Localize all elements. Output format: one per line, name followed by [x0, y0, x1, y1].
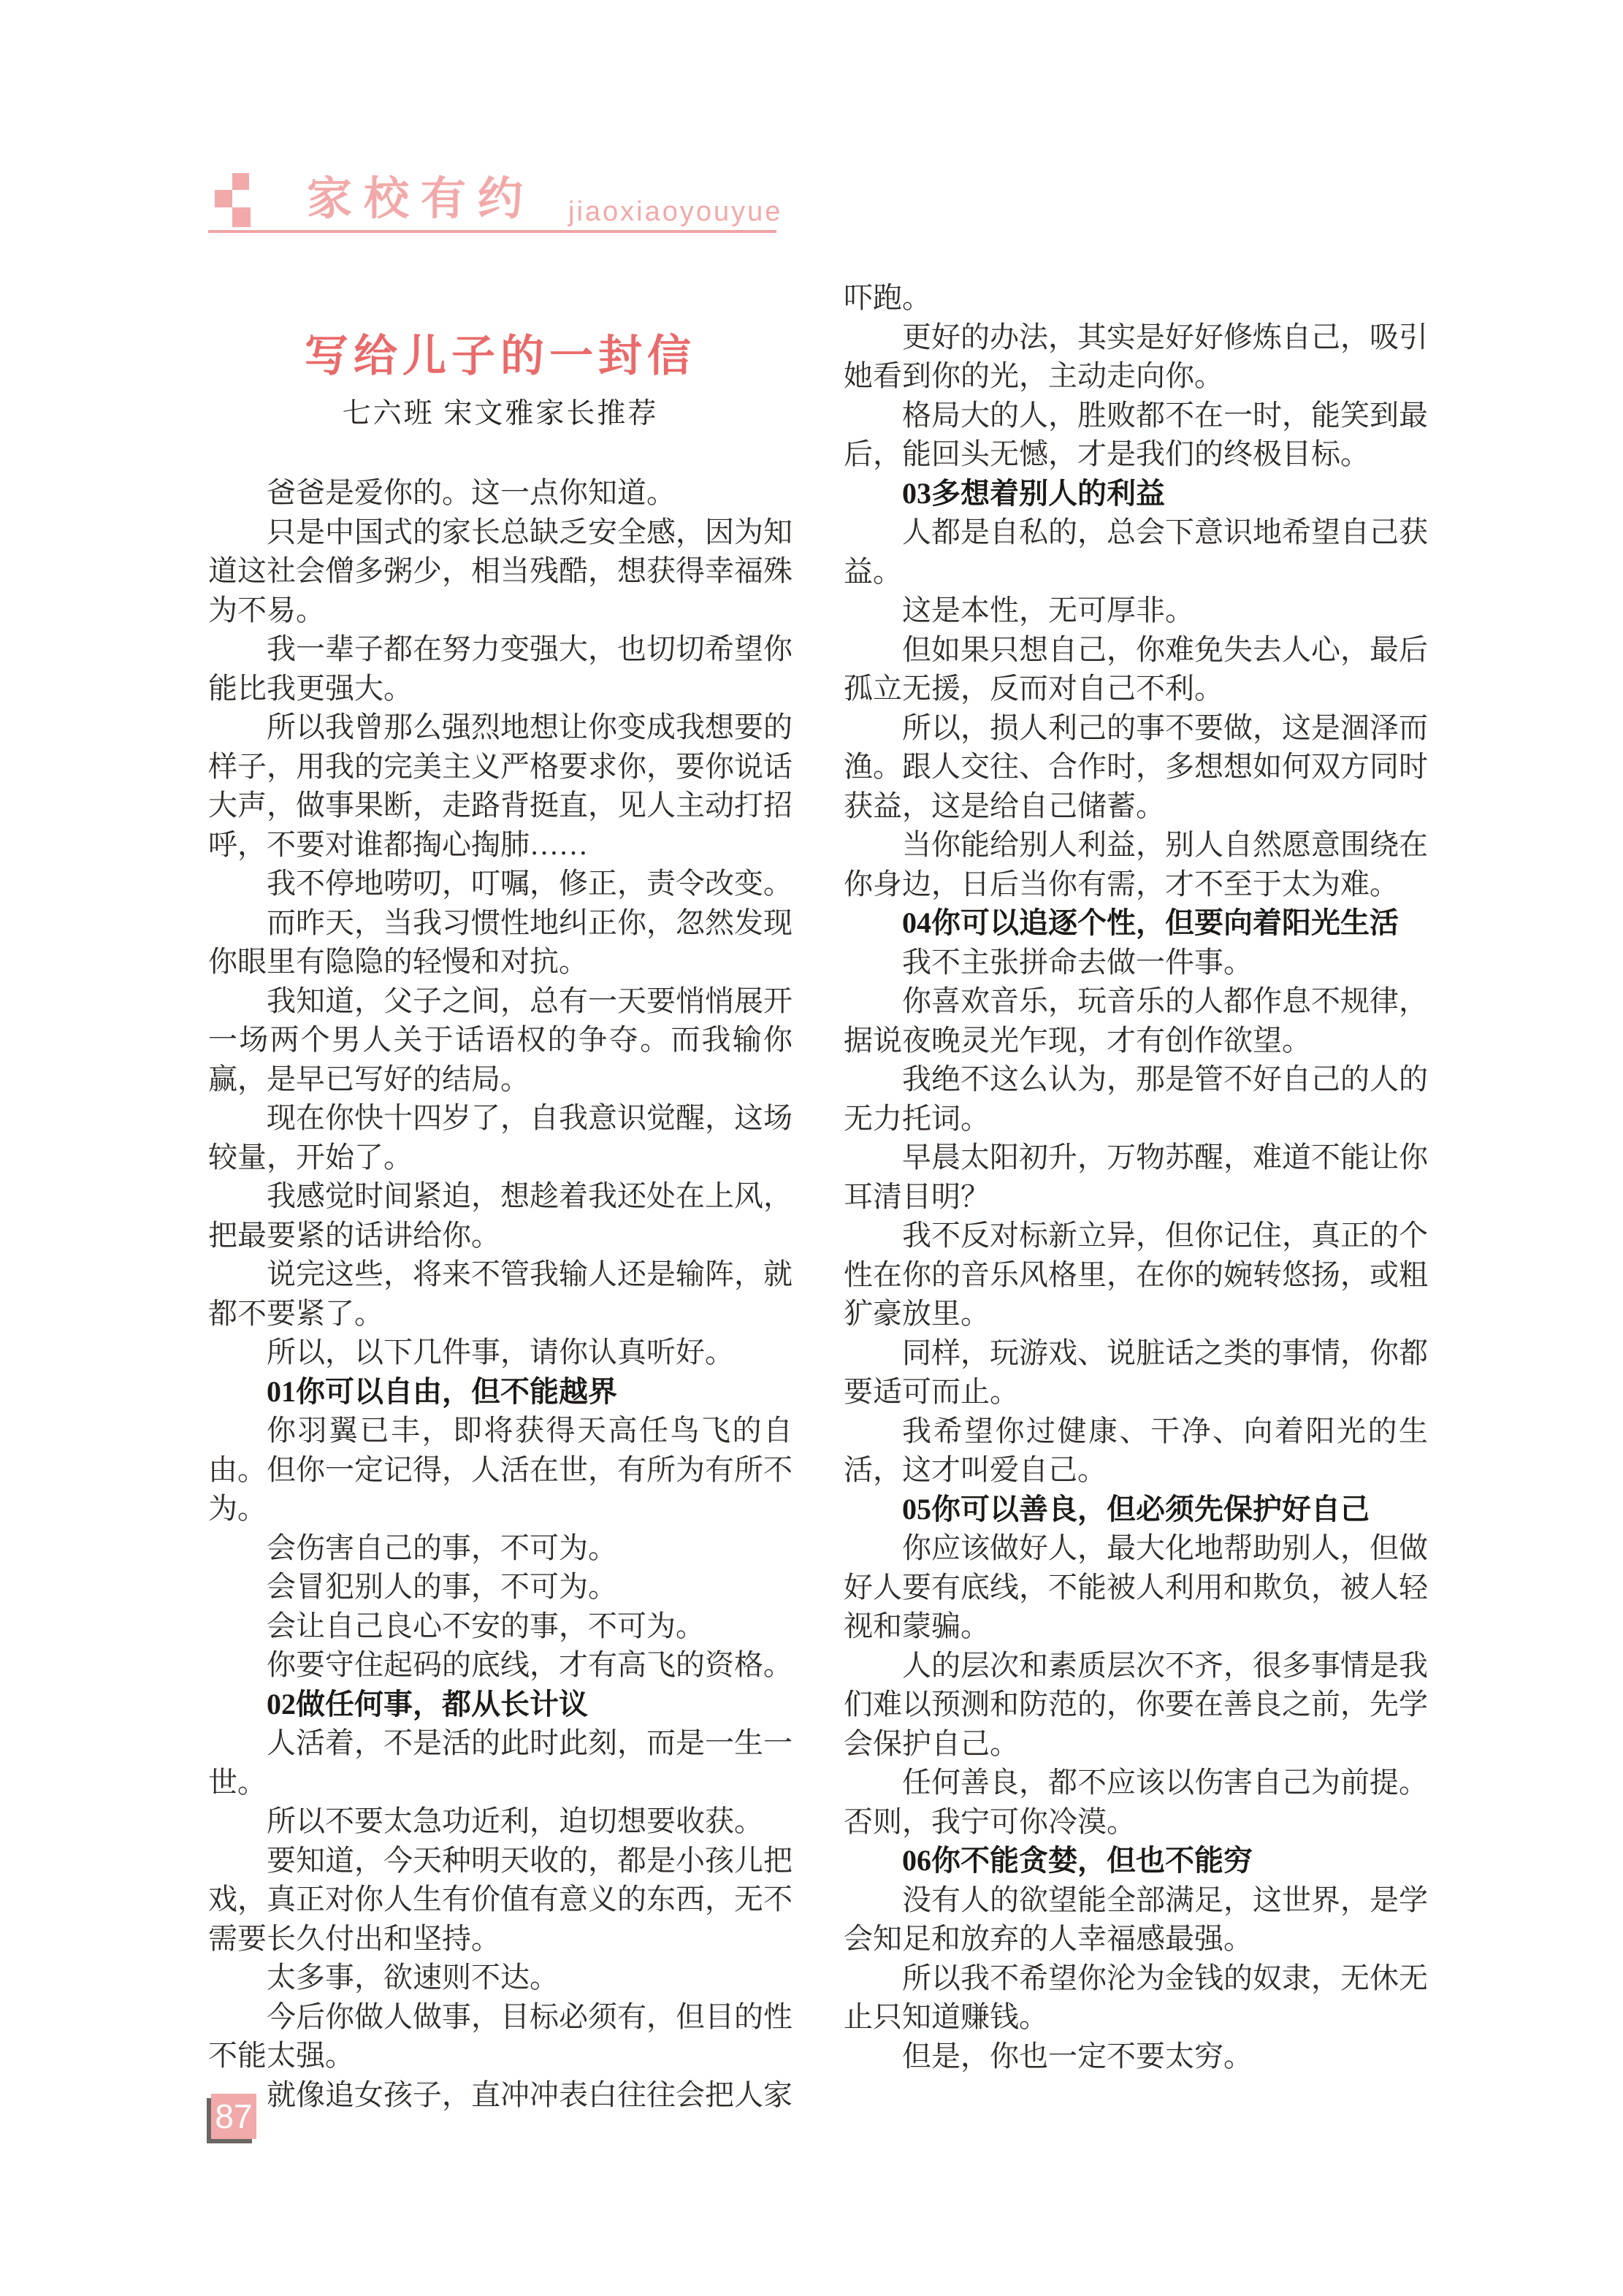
section-title: 家校有约: [307, 174, 535, 225]
section-heading: 06你不能贪婪，但也不能穷: [844, 1841, 1428, 1880]
paragraph: 所以，损人利己的事不要做，这是涸泽而渔。跟人交往、合作时，多想想如何双方同时获益…: [844, 708, 1428, 826]
paragraph: 所以，以下几件事，请你认真听好。: [208, 1333, 793, 1372]
article-title: 写给儿子的一封信: [208, 330, 793, 383]
paragraph: 只是中国式的家长总缺乏安全感，因为知道这社会僧多粥少，相当残酷，想获得幸福殊为不…: [208, 513, 793, 630]
paragraph: 说完这些，将来不管我输人还是输阵，就都不要紧了。: [208, 1255, 793, 1333]
section-pinyin: jiaoxiaoyouyue: [568, 196, 782, 228]
section-heading: 03多想着别人的利益: [844, 474, 1428, 513]
paragraph: 你喜欢音乐，玩音乐的人都作息不规律，据说夜晚灵光乍现，才有创作欲望。: [844, 981, 1428, 1060]
paragraph: 我一辈子都在努力变强大，也切切希望你能比我更强大。: [208, 630, 793, 708]
paragraph: 早晨太阳初升，万物苏醒，难道不能让你耳清目明？: [844, 1138, 1428, 1216]
paragraph: 所以我曾那么强烈地想让你变成我想要的样子，用我的完美主义严格要求你，要你说话大声…: [208, 708, 793, 864]
paragraph: 我希望你过健康、干净、向着阳光的生活，这才叫爱自己。: [844, 1412, 1428, 1490]
paragraph: 就像追女孩子，直冲冲表白往往会把人家: [208, 2075, 793, 2115]
left-column: 爸爸是爱你的。这一点你知道。只是中国式的家长总缺乏安全感，因为知道这社会僧多粥少…: [208, 473, 793, 2114]
paragraph: 我绝不这么认为，那是管不好自己的人的无力托词。: [844, 1060, 1428, 1138]
paragraph: 没有人的欲望能全部满足，这世界，是学会知足和放弃的人幸福感最强。: [844, 1880, 1428, 1959]
paragraph: 你应该做好人，最大化地帮助别人，但做好人要有底线，不能被人利用和欺负，被人轻视和…: [844, 1528, 1428, 1646]
paragraph: 人活着，不是活的此时此刻，而是一生一世。: [208, 1723, 793, 1802]
section-heading: 05你可以善良，但必须先保护好自己: [844, 1490, 1428, 1529]
paragraph: 但如果只想自己，你难免失去人心，最后孤立无援，反而对自己不利。: [844, 630, 1428, 708]
paragraph: 爸爸是爱你的。这一点你知道。: [208, 473, 793, 513]
article-byline: 七六班 宋文雅家长推荐: [208, 397, 793, 432]
paragraph: 而昨天，当我习惯性地纠正你，忽然发现你眼里有隐隐的轻慢和对抗。: [208, 903, 793, 981]
paragraph: 会让自己良心不安的事，不可为。: [208, 1607, 793, 1646]
paragraph: 所以不要太急功近利，迫切想要收获。: [208, 1802, 793, 1841]
paragraph: 太多事，欲速则不达。: [208, 1958, 793, 1997]
paragraph: 会冒犯别人的事，不可为。: [208, 1567, 793, 1607]
paragraph: 我不反对标新立异，但你记住，真正的个性在你的音乐风格里，在你的婉转悠扬，或粗犷豪…: [844, 1216, 1428, 1333]
paragraph: 同样，玩游戏、说脏话之类的事情，你都要适可而止。: [844, 1333, 1428, 1412]
paragraph: 人的层次和素质层次不齐，很多事情是我们难以预测和防范的，你要在善良之前，先学会保…: [844, 1646, 1428, 1764]
paragraph: 今后你做人做事，目标必须有，但目的性不能太强。: [208, 1997, 793, 2075]
checkerboard-logo-icon: [232, 173, 249, 190]
paragraph: 格局大的人，胜败都不在一时，能笑到最后，能回头无憾，才是我们的终极目标。: [844, 396, 1428, 474]
right-column: 吓跑。更好的办法，其实是好好修炼自己，吸引她看到你的光，主动走向你。格局大的人，…: [844, 278, 1428, 2075]
section-heading: 04你可以追逐个性，但要向着阳光生活: [844, 903, 1428, 943]
paragraph: 会伤害自己的事，不可为。: [208, 1528, 793, 1568]
paragraph: 人都是自私的，总会下意识地希望自己获益。: [844, 513, 1428, 591]
paragraph: 要知道，今天种明天收的，都是小孩儿把戏，真正对你人生有价值有意义的东西，无不需要…: [208, 1841, 793, 1959]
paragraph: 但是，你也一定不要太穷。: [844, 2037, 1428, 2076]
paragraph: 这是本性，无可厚非。: [844, 591, 1428, 630]
paragraph: 你羽翼已丰，即将获得天高任鸟飞的自由。但你一定记得，人活在世，有所为有所不为。: [208, 1411, 793, 1528]
header-divider: [208, 230, 776, 233]
paragraph: 现在你快十四岁了，自我意识觉醒，这场较量，开始了。: [208, 1098, 793, 1176]
checkerboard-logo-icon: [215, 190, 232, 207]
paragraph: 你要守住起码的底线，才有高飞的资格。: [208, 1645, 793, 1685]
paragraph: 吓跑。: [844, 278, 1428, 318]
page-number-badge: 87: [211, 2094, 256, 2139]
paragraph: 任何善良，都不应该以伤害自己为前提。否则，我宁可你冷漠。: [844, 1763, 1428, 1841]
paragraph: 我不停地唠叨，叮嘱，修正，责令改变。: [208, 864, 793, 903]
section-heading: 01你可以自由，但不能越界: [208, 1372, 793, 1412]
paragraph: 更好的办法，其实是好好修炼自己，吸引她看到你的光，主动走向你。: [844, 318, 1428, 396]
paragraph: 我感觉时间紧迫，想趁着我还处在上风，把最要紧的话讲给你。: [208, 1176, 793, 1255]
magazine-page: 家校有约 jiaoxiaoyouyue 写给儿子的一封信 七六班 宋文雅家长推荐…: [0, 0, 1623, 2296]
paragraph: 当你能给别人利益，别人自然愿意围绕在你身边，日后当你有需，才不至于太为难。: [844, 825, 1428, 903]
section-heading: 02做任何事，都从长计议: [208, 1685, 793, 1724]
paragraph: 所以我不希望你沦为金钱的奴隶，无休无止只知道赚钱。: [844, 1959, 1428, 2037]
paragraph: 我知道，父子之间，总有一天要悄悄展开一场两个男人关于话语权的争夺。而我输你赢，是…: [208, 981, 793, 1099]
checkerboard-logo-icon: [232, 207, 251, 227]
paragraph: 我不主张拼命去做一件事。: [844, 943, 1428, 982]
